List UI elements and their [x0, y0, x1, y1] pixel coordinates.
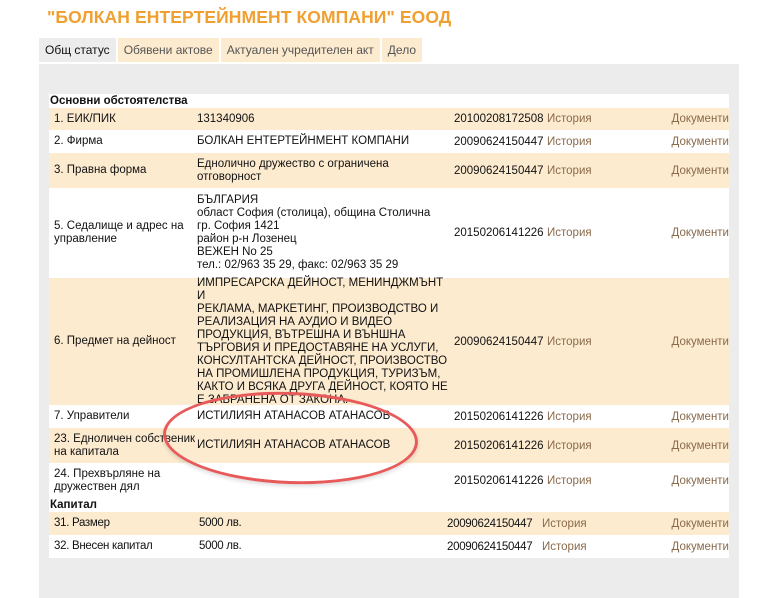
row-label: 31. Размер	[49, 517, 199, 530]
table-row: 6. Предмет на дейностИМПРЕСАРСКА ДЕЙНОСТ…	[49, 278, 729, 405]
documents-link[interactable]: Документи	[627, 336, 729, 348]
row-value: ИСТИЛИЯН АТАНАСОВ АТАНАСОВ	[197, 408, 454, 425]
documents-link[interactable]: Документи	[627, 440, 729, 452]
row-label: 2. Фирма	[49, 135, 197, 148]
row-label: 6. Предмет на дейност	[49, 335, 197, 348]
row-value: 131340906	[197, 111, 454, 128]
tab-general-status[interactable]: Общ статус	[39, 38, 116, 62]
history-link[interactable]: История	[547, 165, 627, 177]
row-value: БЪЛГАРИЯобласт София (столица), община С…	[197, 192, 454, 274]
table-row: 23. Едноличен собственик на капиталаИСТИ…	[49, 428, 729, 463]
row-label: 5. Седалище и адрес на управление	[49, 220, 197, 246]
tab-announced-acts[interactable]: Обявени актове	[118, 38, 219, 62]
row-value-line: тел.: 02/963 35 29, факс: 02/963 35 29	[197, 259, 454, 272]
row-value-line: ИСТИЛИЯН АТАНАСОВ АТАНАСОВ	[197, 410, 454, 423]
row-value-line: КАКТО И ВСЯКА ДРУГА ДЕЙНОСТ, КОЯТО НЕ	[197, 381, 454, 394]
status-table: Основни обстоятелства 1. ЕИК/ПИК13134090…	[49, 94, 729, 558]
tab-case[interactable]: Дело	[382, 38, 422, 62]
row-value-line: 5000 лв.	[199, 540, 447, 553]
history-link[interactable]: История	[547, 411, 627, 423]
row-value-line: КОНСУЛТАНТСКА ДЕЙНОСТ, ПРОИЗВОСТВО	[197, 355, 454, 368]
history-link[interactable]: История	[542, 518, 622, 530]
row-value-line: НА ПРОМИШЛЕНА ПРОДУКЦИЯ, ТУРИЗЪМ,	[197, 368, 454, 381]
table-row: 7. УправителиИСТИЛИЯН АТАНАСОВ АТАНАСОВ2…	[49, 405, 729, 428]
row-value-line: РЕАЛИЗАЦИЯ НА АУДИО И ВИДЕО	[197, 316, 454, 329]
row-entry-date: 20150206141226	[454, 440, 547, 452]
row-value-line: гр. София 1421	[197, 220, 454, 233]
row-value-line: ТЪРГОВИЯ И ПРЕДОСТАВЯНЕ НА УСЛУГИ,	[197, 342, 454, 355]
row-label: 7. Управители	[49, 410, 197, 423]
history-link[interactable]: История	[547, 113, 627, 125]
row-label: 1. ЕИК/ПИК	[49, 113, 197, 126]
row-value: ИСТИЛИЯН АТАНАСОВ АТАНАСОВ	[197, 437, 454, 454]
table-row: 1. ЕИК/ПИК13134090620100208172508История…	[49, 108, 729, 130]
documents-link[interactable]: Документи	[627, 113, 729, 125]
documents-link[interactable]: Документи	[622, 541, 729, 553]
row-label: 32. Внесен капитал	[49, 540, 199, 553]
row-value: Еднолично дружество с ограниченаотговорн…	[197, 156, 454, 186]
row-entry-date: 20100208172508	[454, 113, 547, 125]
row-value-line: отговорност	[197, 171, 454, 184]
row-value: 5000 лв.	[199, 515, 447, 532]
row-value	[197, 479, 454, 483]
tab-bar: Общ статус Обявени актове Актуален учред…	[39, 38, 422, 62]
table-row: 24. Прехвърляне на дружествен дял2015020…	[49, 463, 729, 498]
documents-link[interactable]: Документи	[627, 165, 729, 177]
history-link[interactable]: История	[547, 475, 627, 487]
documents-link[interactable]: Документи	[627, 411, 729, 423]
history-link[interactable]: История	[547, 336, 627, 348]
row-value-line: ИМПРЕСАРСКА ДЕЙНОСТ, МЕНИНДЖМЪНТ И	[197, 277, 454, 303]
row-label: 3. Правна форма	[49, 164, 197, 177]
history-link[interactable]: История	[547, 227, 627, 239]
row-value-line: РЕКЛАМА, МАРКЕТИНГ, ПРОИЗВОДСТВО И	[197, 303, 454, 316]
company-title: "БОЛКАН ЕНТЕРТЕЙНМЕНТ КОМПАНИ" ЕООД	[47, 7, 451, 28]
table-row: 5. Седалище и адрес на управлениеБЪЛГАРИ…	[49, 188, 729, 278]
row-value-line: област София (столица), община Столична	[197, 207, 454, 220]
history-link[interactable]: История	[542, 541, 622, 553]
tab-current-articles[interactable]: Актуален учредителен акт	[221, 38, 380, 62]
main-rows: 1. ЕИК/ПИК13134090620100208172508История…	[49, 108, 729, 498]
row-value-line: 131340906	[197, 113, 454, 126]
documents-link[interactable]: Документи	[622, 518, 729, 530]
section-heading-main: Основни обстоятелства	[49, 94, 729, 108]
row-entry-date: 20150206141226	[454, 411, 547, 423]
row-value-line: Еднолично дружество с ограничена	[197, 158, 454, 171]
table-row: 32. Внесен капитал5000 лв.20090624150447…	[49, 535, 729, 558]
table-row: 3. Правна формаЕднолично дружество с огр…	[49, 153, 729, 188]
row-entry-date: 20090624150447	[454, 336, 547, 348]
history-link[interactable]: История	[547, 440, 627, 452]
row-label: 23. Едноличен собственик на капитала	[49, 433, 197, 459]
row-value-line: ИСТИЛИЯН АТАНАСОВ АТАНАСОВ	[197, 439, 454, 452]
row-entry-date: 20090624150447	[447, 518, 542, 530]
documents-link[interactable]: Документи	[627, 227, 729, 239]
row-value-line: ПРОДУКЦИЯ, ВЪТРЕШНА И ВЪНШНА	[197, 329, 454, 342]
row-value-line: БОЛКАН ЕНТЕРТЕЙНМЕНТ КОМПАНИ	[197, 135, 454, 148]
row-value-line: район р-н Лозенец	[197, 233, 454, 246]
table-row: 31. Размер5000 лв.20090624150447ИсторияД…	[49, 512, 729, 535]
row-value: ИМПРЕСАРСКА ДЕЙНОСТ, МЕНИНДЖМЪНТ ИРЕКЛАМ…	[197, 275, 454, 409]
row-value-line: 5000 лв.	[199, 517, 447, 530]
section-heading-capital: Капитал	[49, 498, 729, 512]
capital-rows: 31. Размер5000 лв.20090624150447ИсторияД…	[49, 512, 729, 558]
row-value-line: БЪЛГАРИЯ	[197, 194, 454, 207]
history-link[interactable]: История	[547, 136, 627, 148]
row-entry-date: 20150206141226	[454, 475, 547, 487]
row-value: 5000 лв.	[199, 538, 447, 555]
row-label: 24. Прехвърляне на дружествен дял	[49, 468, 197, 494]
row-entry-date: 20090624150447	[447, 541, 542, 553]
table-row: 2. ФирмаБОЛКАН ЕНТЕРТЕЙНМЕНТ КОМПАНИ2009…	[49, 130, 729, 153]
row-entry-date: 20090624150447	[454, 165, 547, 177]
row-value-line: ВЕЖЕН No 25	[197, 246, 454, 259]
documents-link[interactable]: Документи	[627, 136, 729, 148]
row-entry-date: 20090624150447	[454, 136, 547, 148]
documents-link[interactable]: Документи	[627, 475, 729, 487]
row-entry-date: 20150206141226	[454, 227, 547, 239]
row-value: БОЛКАН ЕНТЕРТЕЙНМЕНТ КОМПАНИ	[197, 133, 454, 150]
